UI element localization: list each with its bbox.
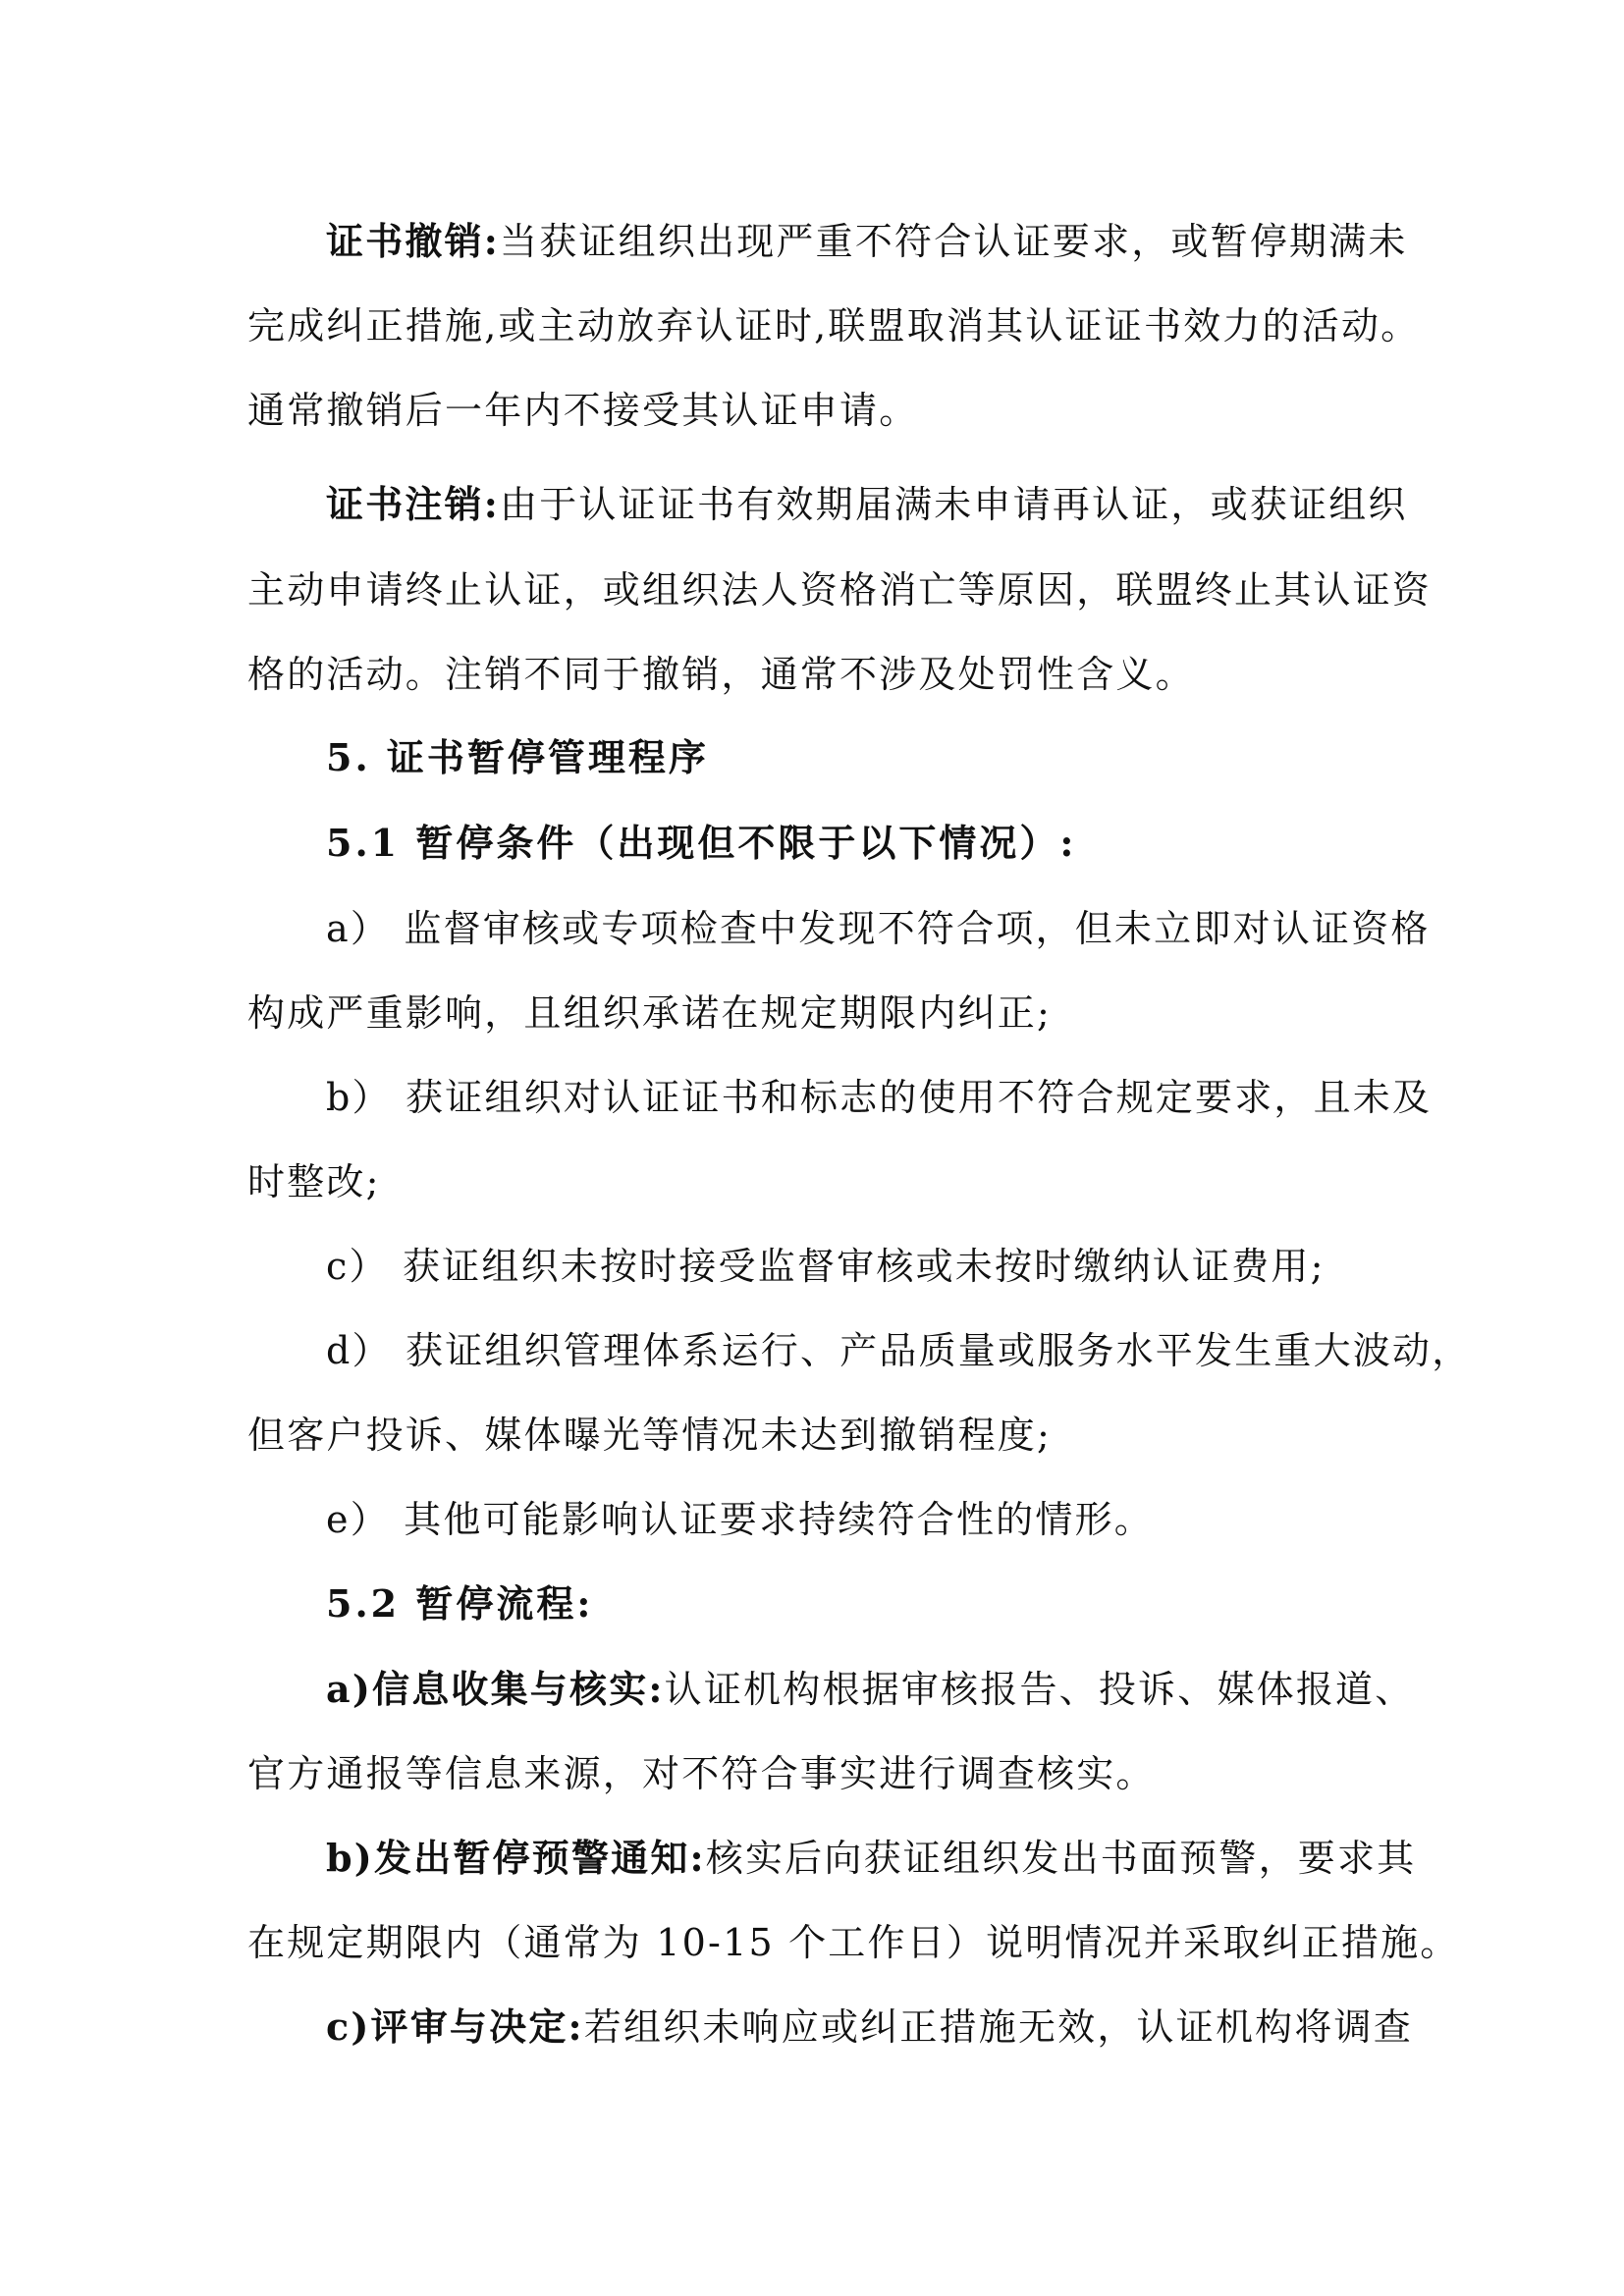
condition-a-line-1: a） 监督审核或专项检查中发现不符合项，但未立即对认证资格 xyxy=(326,905,1386,952)
cancellation-text-1: 由于认证证书有效期届满未申请再认证，或获证组织 xyxy=(500,483,1408,526)
step-b-term: b)发出暂停预警通知: xyxy=(326,1836,706,1880)
step-b-line-2: 在规定期限内（通常为 10-15 个工作日）说明情况并采取纠正措施。 xyxy=(247,1919,1386,1966)
step-a-line-1: a)信息收集与核实:认证机构根据审核报告、投诉、媒体报道、 xyxy=(326,1666,1386,1713)
condition-b-line-1: b） 获证组织对认证证书和标志的使用不符合规定要求，且未及 xyxy=(326,1074,1386,1121)
condition-e-line-1: e） 其他可能影响认证要求持续符合性的情形。 xyxy=(326,1496,1386,1543)
section-5-heading: 5. 证书暂停管理程序 xyxy=(326,734,1386,781)
document-page: 证书撤销:当获证组织出现严重不符合认证要求，或暂停期满未 完成纠正措施,或主动放… xyxy=(0,0,1624,2296)
revocation-paragraph-line-1: 证书撤销:当获证组织出现严重不符合认证要求，或暂停期满未 xyxy=(326,218,1386,265)
step-a-line-2: 官方通报等信息来源，对不符合事实进行调查核实。 xyxy=(247,1750,1386,1797)
step-c-term: c)评审与决定: xyxy=(326,2004,584,2049)
step-a-term: a)信息收集与核实: xyxy=(326,1667,665,1711)
step-c-text-1: 若组织未响应或纠正措施无效，认证机构将调查 xyxy=(584,2005,1413,2049)
step-a-text-1: 认证机构根据审核报告、投诉、媒体报道、 xyxy=(665,1668,1415,1711)
cancellation-paragraph-line-3: 格的活动。注销不同于撤销，通常不涉及处罚性含义。 xyxy=(247,651,1386,698)
step-b-line-1: b)发出暂停预警通知:核实后向获证组织发出书面预警，要求其 xyxy=(326,1835,1386,1882)
cancellation-term: 证书注销: xyxy=(326,482,500,526)
cancellation-paragraph-line-2: 主动申请终止认证，或组织法人资格消亡等原因，联盟终止其认证资 xyxy=(247,566,1386,614)
revocation-paragraph-line-2: 完成纠正措施,或主动放弃认证时,联盟取消其认证证书效力的活动。 xyxy=(247,302,1386,349)
revocation-paragraph-line-3: 通常撤销后一年内不接受其认证申请。 xyxy=(247,387,1386,434)
revocation-text-1: 当获证组织出现严重不符合认证要求，或暂停期满未 xyxy=(500,220,1408,263)
revocation-term: 证书撤销: xyxy=(326,219,500,263)
section-5-2-heading: 5.2 暂停流程: xyxy=(326,1580,1386,1628)
step-c-line-1: c)评审与决定:若组织未响应或纠正措施无效，认证机构将调查 xyxy=(326,2003,1386,2051)
condition-c-line-1: c） 获证组织未按时接受监督审核或未按时缴纳认证费用; xyxy=(326,1243,1386,1290)
condition-b-line-2: 时整改; xyxy=(247,1158,1386,1205)
section-5-1-heading: 5.1 暂停条件（出现但不限于以下情况）: xyxy=(326,820,1386,867)
condition-d-line-2: 但客户投诉、媒体曝光等情况未达到撤销程度; xyxy=(247,1412,1386,1459)
cancellation-paragraph-line-1: 证书注销:由于认证证书有效期届满未申请再认证，或获证组织 xyxy=(326,481,1386,528)
condition-d-line-1: d） 获证组织管理体系运行、产品质量或服务水平发生重大波动， xyxy=(326,1327,1386,1374)
condition-a-line-2: 构成严重影响，且组织承诺在规定期限内纠正; xyxy=(247,989,1386,1037)
step-b-text-1: 核实后向获证组织发出书面预警，要求其 xyxy=(706,1837,1417,1880)
